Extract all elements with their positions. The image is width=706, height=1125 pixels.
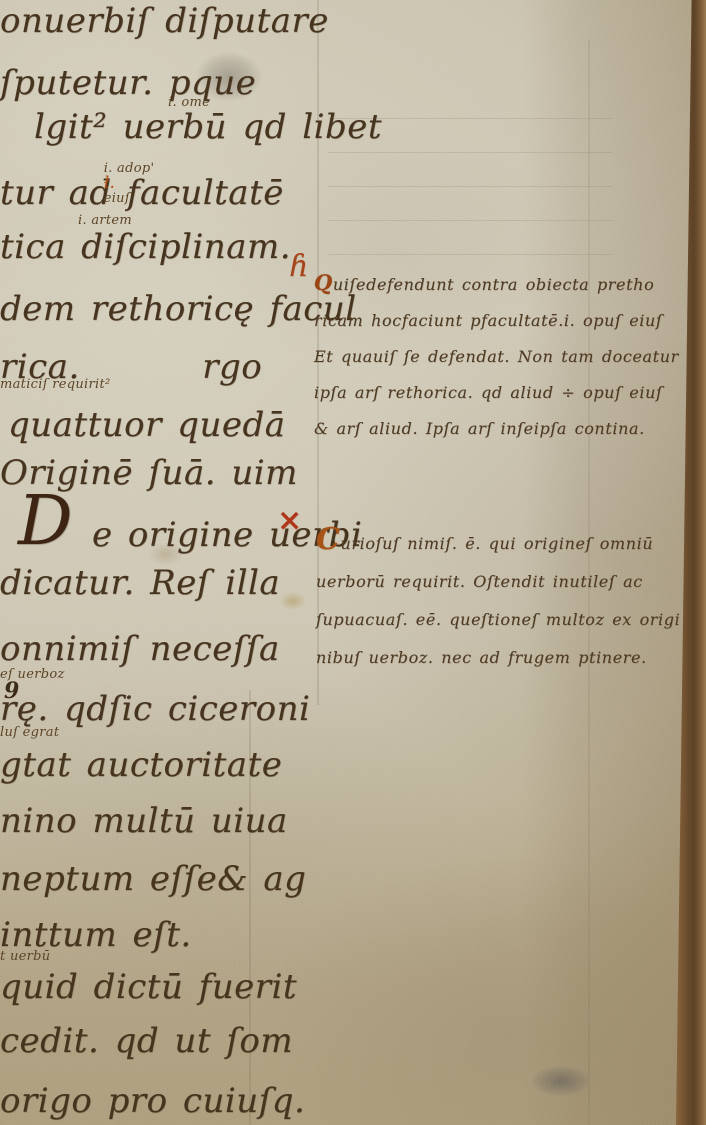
main-text-line: quid dictū fuerit — [0, 970, 297, 1004]
main-text-line: cedit. qd ut ſom — [0, 1024, 293, 1058]
gloss-line: nibuſ uerboz. nec ad frugem ptinere. — [316, 639, 700, 677]
horizontal-ruling-line — [328, 220, 613, 221]
gloss-line: ricam hocfaciunt pfacultatē.i. opuſ eiuſ — [314, 303, 698, 339]
parchment-stain — [280, 592, 306, 610]
interlinear-gloss: i. artem — [78, 214, 132, 227]
ink-stain — [532, 1066, 590, 1096]
vel-sign: ł. — [104, 173, 116, 193]
main-text-line: quattuor quedā — [8, 408, 286, 442]
gloss-line: ſupuacuaſ. eē. queſtioneſ multoz ex orig… — [316, 601, 700, 639]
decorated-initial: D — [18, 488, 73, 556]
rubricated-initial: Q — [314, 270, 333, 295]
horizontal-ruling-line — [328, 186, 613, 187]
interlinear-gloss: maticiſ requirit² — [0, 378, 111, 391]
manuscript-page: onuerbiſ diſputare ſputetur. pque lgit² … — [0, 0, 706, 1125]
main-text-line: inttum eſt. — [0, 918, 192, 952]
gloss-line: & arſ aliud. Ipſa arſ inſeipſa contina. — [314, 411, 698, 447]
horizontal-ruling-line — [328, 254, 613, 255]
interlinear-gloss: luſ egrat — [0, 726, 59, 739]
main-text-line: onuerbiſ diſputare — [0, 4, 329, 38]
main-text-line: gtat auctoritate — [0, 748, 282, 782]
main-text-line: ſputetur. pque — [0, 66, 256, 100]
main-text-line: lgit² uerbū qd libet — [34, 110, 382, 144]
cross-reference-mark: × — [277, 506, 302, 536]
interlinear-gloss: t uerbū — [0, 950, 50, 963]
interlinear-gloss: i. ome — [168, 96, 210, 109]
main-text-line: origo pro cuiuſq. — [0, 1084, 305, 1118]
gloss-line-text: urioſuſ nimiſ. ē. qui origineſ omniū — [340, 534, 653, 553]
main-text-line: dem rethoricę facul — [0, 292, 357, 326]
gloss-line-text: uiſedefendunt contra obiecta pretho — [333, 275, 654, 294]
main-text-line: tica diſciplinam. — [0, 230, 291, 264]
horizontal-ruling-line — [328, 152, 613, 153]
gloss-line: ipſa arſ rethorica. qd aliud ÷ opuſ eiuſ — [314, 375, 698, 411]
gloss-line: Curioſuſ nimiſ. ē. qui origineſ omniū — [316, 521, 700, 563]
con-abbreviation-sign: 9 — [4, 680, 19, 702]
main-text-line: rę. qdſic ciceroni — [0, 692, 310, 726]
paraph-mark: ɦ — [289, 252, 308, 282]
marginal-gloss-block: Curioſuſ nimiſ. ē. qui origineſ omniū ue… — [316, 521, 700, 677]
main-text-line: dicatur. Reſ illa — [0, 566, 280, 600]
rubricated-initial: C — [316, 522, 340, 557]
gloss-line: Quiſedefendunt contra obiecta pretho — [314, 265, 698, 303]
marginal-gloss-block: Quiſedefendunt contra obiecta pretho ric… — [314, 265, 698, 447]
interlinear-gloss: i. adop' ł. eiuſ — [86, 149, 154, 218]
gloss-line: Et quauiſ ſe defendat. Non tam doceatur — [314, 339, 698, 375]
interlinear-gloss-text: eiuſ — [104, 191, 130, 206]
main-text-line: onnimiſ neceſſa — [0, 632, 280, 666]
gloss-line: uerborū requirit. Oſtendit inutileſ ac — [316, 563, 700, 601]
main-text-line: neptum eſſe& ag — [0, 862, 306, 896]
main-text-line: nino multū uiua — [0, 804, 288, 838]
